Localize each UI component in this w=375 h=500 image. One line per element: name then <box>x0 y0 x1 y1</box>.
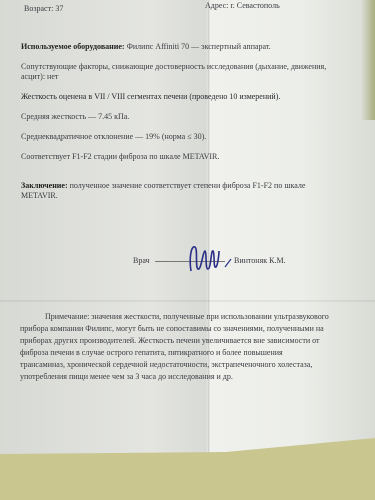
note-line-5: трансаминаз, хронической сердечной недос… <box>20 359 312 370</box>
stiffness-location: Жесткость оценена в VII / VIII сегментах… <box>21 91 280 102</box>
mean-stiffness: Средняя жесткость — 7.45 кПа. <box>21 111 129 122</box>
paper-fold-horizontal <box>0 300 375 302</box>
conclusion-line-2: METAVIR. <box>21 190 58 201</box>
conclusion-line-1: Заключение: полученное значение соответс… <box>21 180 305 191</box>
equipment-label: Используемое оборудование: <box>21 42 125 51</box>
equipment-line: Используемое оборудование: Филипс Affini… <box>21 41 271 52</box>
note-line-6: употребления пищи менее чем за 3 часа до… <box>20 371 233 382</box>
doctor-role-label: Врач <box>133 255 150 266</box>
address-value: г. Севастополь <box>230 1 279 10</box>
factors-line-1: Сопутствующие факторы, снижающие достове… <box>21 61 326 72</box>
note-line-4: фиброза печени в случае острого гепатита… <box>20 347 283 358</box>
age-label: Возраст: <box>24 4 53 13</box>
note-line-1: Примечание: значения жесткости, полученн… <box>45 311 329 322</box>
background-shadow <box>361 0 375 120</box>
factors-line-2: асцит): нет <box>21 71 58 82</box>
metavir-stage: Соответствует F1-F2 стадии фиброза по шк… <box>21 151 219 162</box>
note-line-3: приборах других производителей. Жесткост… <box>20 335 320 346</box>
age-field: Возраст: 37 <box>24 3 63 14</box>
std-deviation: Среднеквадратичное отклонение — 19% (нор… <box>21 131 206 142</box>
address-label: Адрес: <box>205 1 228 10</box>
conclusion-text: полученное значение соответствует степен… <box>70 181 306 190</box>
doctor-name: Винтоняк К.М. <box>234 255 286 266</box>
signature-mark <box>185 241 235 280</box>
equipment-value: Филипс Affiniti 70 — экспертный аппарат. <box>127 42 271 51</box>
age-value: 37 <box>55 4 63 13</box>
note-line-2: прибора компании Филипс, могут быть не с… <box>20 323 324 334</box>
address-field: Адрес: г. Севастополь <box>205 0 280 11</box>
conclusion-label: Заключение: <box>21 181 68 190</box>
